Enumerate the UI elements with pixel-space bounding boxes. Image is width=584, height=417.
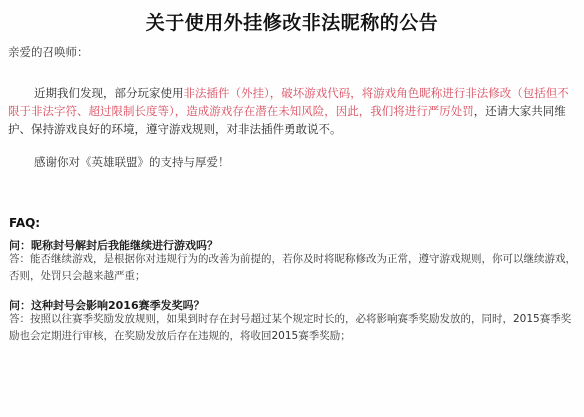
faq-heading: FAQ: [9, 216, 40, 230]
thanks-line: 感谢你对《英雄联盟》的支持与厚爱！ [34, 154, 230, 170]
announcement-body-paragraph: 近期我们发现，部分玩家使用非法插件（外挂），破坏游戏代码，将游戏角色昵称进行非法… [8, 84, 580, 138]
faq-answer-2: 答：按照以往赛季奖励发放规则，如果到时存在封号超过某个规定时长的，必将影响赛季奖… [9, 311, 579, 345]
announcement-page: 关于使用外挂修改非法昵称的公告 亲爱的召唤师： 近期我们发现，部分玩家使用非法插… [0, 0, 584, 417]
announcement-title: 关于使用外挂修改非法昵称的公告 [0, 8, 584, 35]
faq-answer-1: 答：能否继续游戏，是根据你对违规行为的改善为前提的，若你及时将昵称修改为正常，遵… [9, 251, 579, 285]
body-text-intro: 近期我们发现，部分玩家使用 [34, 86, 184, 100]
greeting: 亲爱的召唤师： [8, 44, 89, 60]
